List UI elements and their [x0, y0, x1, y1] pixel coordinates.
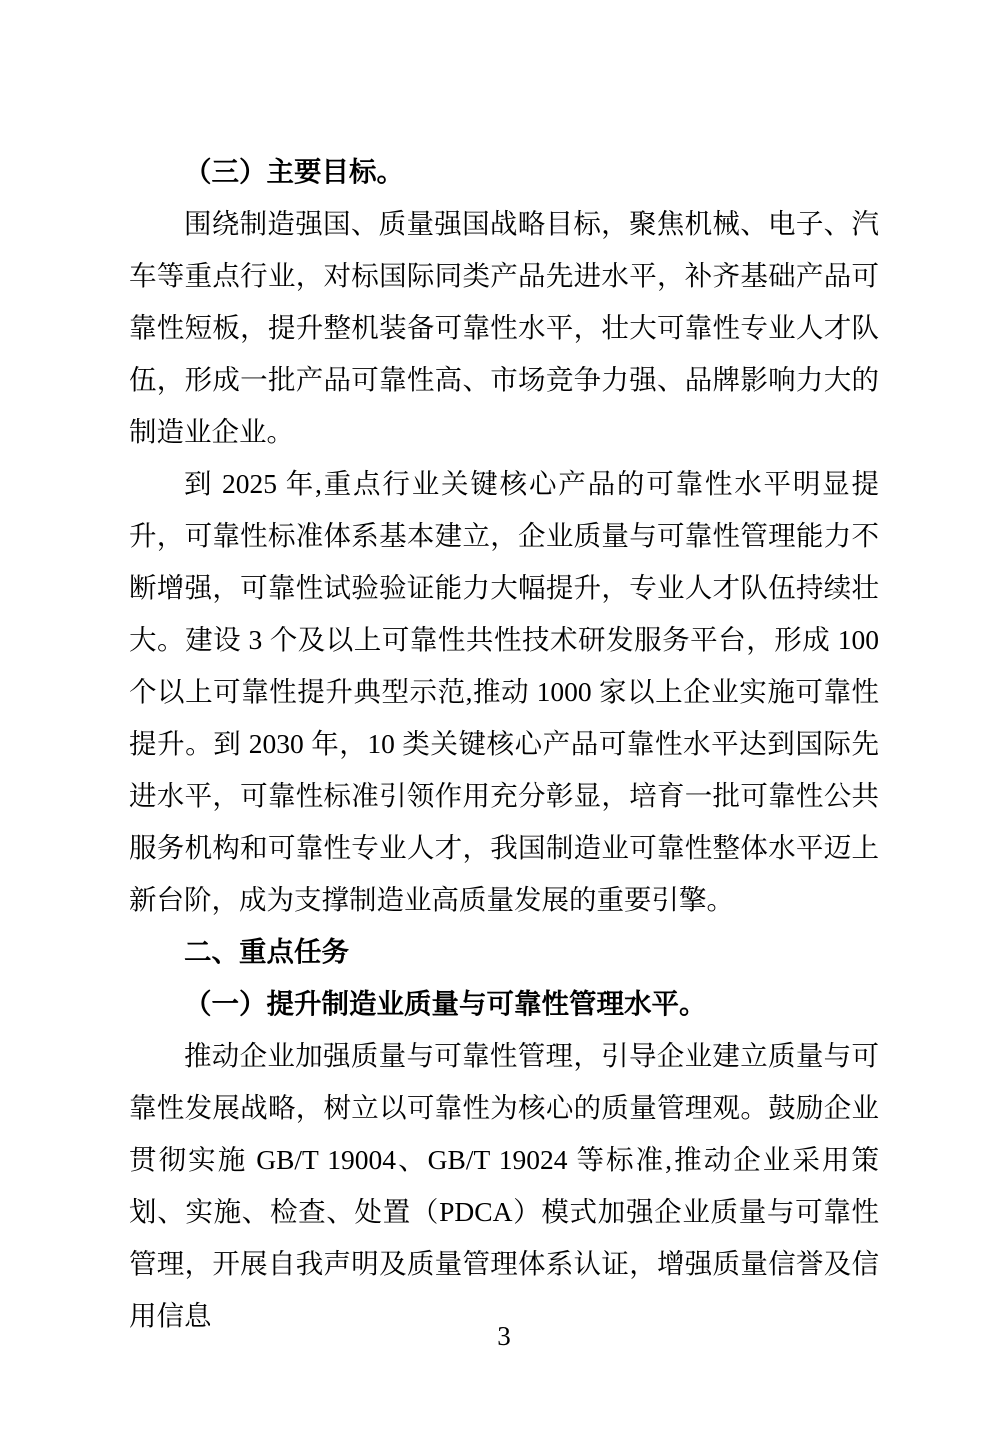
section-heading-main-goals: （三）主要目标。	[129, 146, 879, 198]
document-page: （三）主要目标。 围绕制造强国、质量强国战略目标，聚焦机械、电子、汽车等重点行业…	[0, 0, 1008, 1430]
chapter-heading-key-tasks: 二、重点任务	[129, 926, 879, 978]
paragraph-2025-2030-targets: 到 2025 年,重点行业关键核心产品的可靠性水平明显提升，可靠性标准体系基本建…	[129, 458, 879, 926]
section-heading-quality-reliability-management: （一）提升制造业质量与可靠性管理水平。	[129, 978, 879, 1030]
document-body: （三）主要目标。 围绕制造强国、质量强国战略目标，聚焦机械、电子、汽车等重点行业…	[129, 146, 879, 1342]
page-number: 3	[0, 1320, 1008, 1352]
paragraph-enterprise-quality-management: 推动企业加强质量与可靠性管理，引导企业建立质量与可靠性发展战略，树立以可靠性为核…	[129, 1030, 879, 1342]
paragraph-goals-overview: 围绕制造强国、质量强国战略目标，聚焦机械、电子、汽车等重点行业，对标国际同类产品…	[129, 198, 879, 458]
